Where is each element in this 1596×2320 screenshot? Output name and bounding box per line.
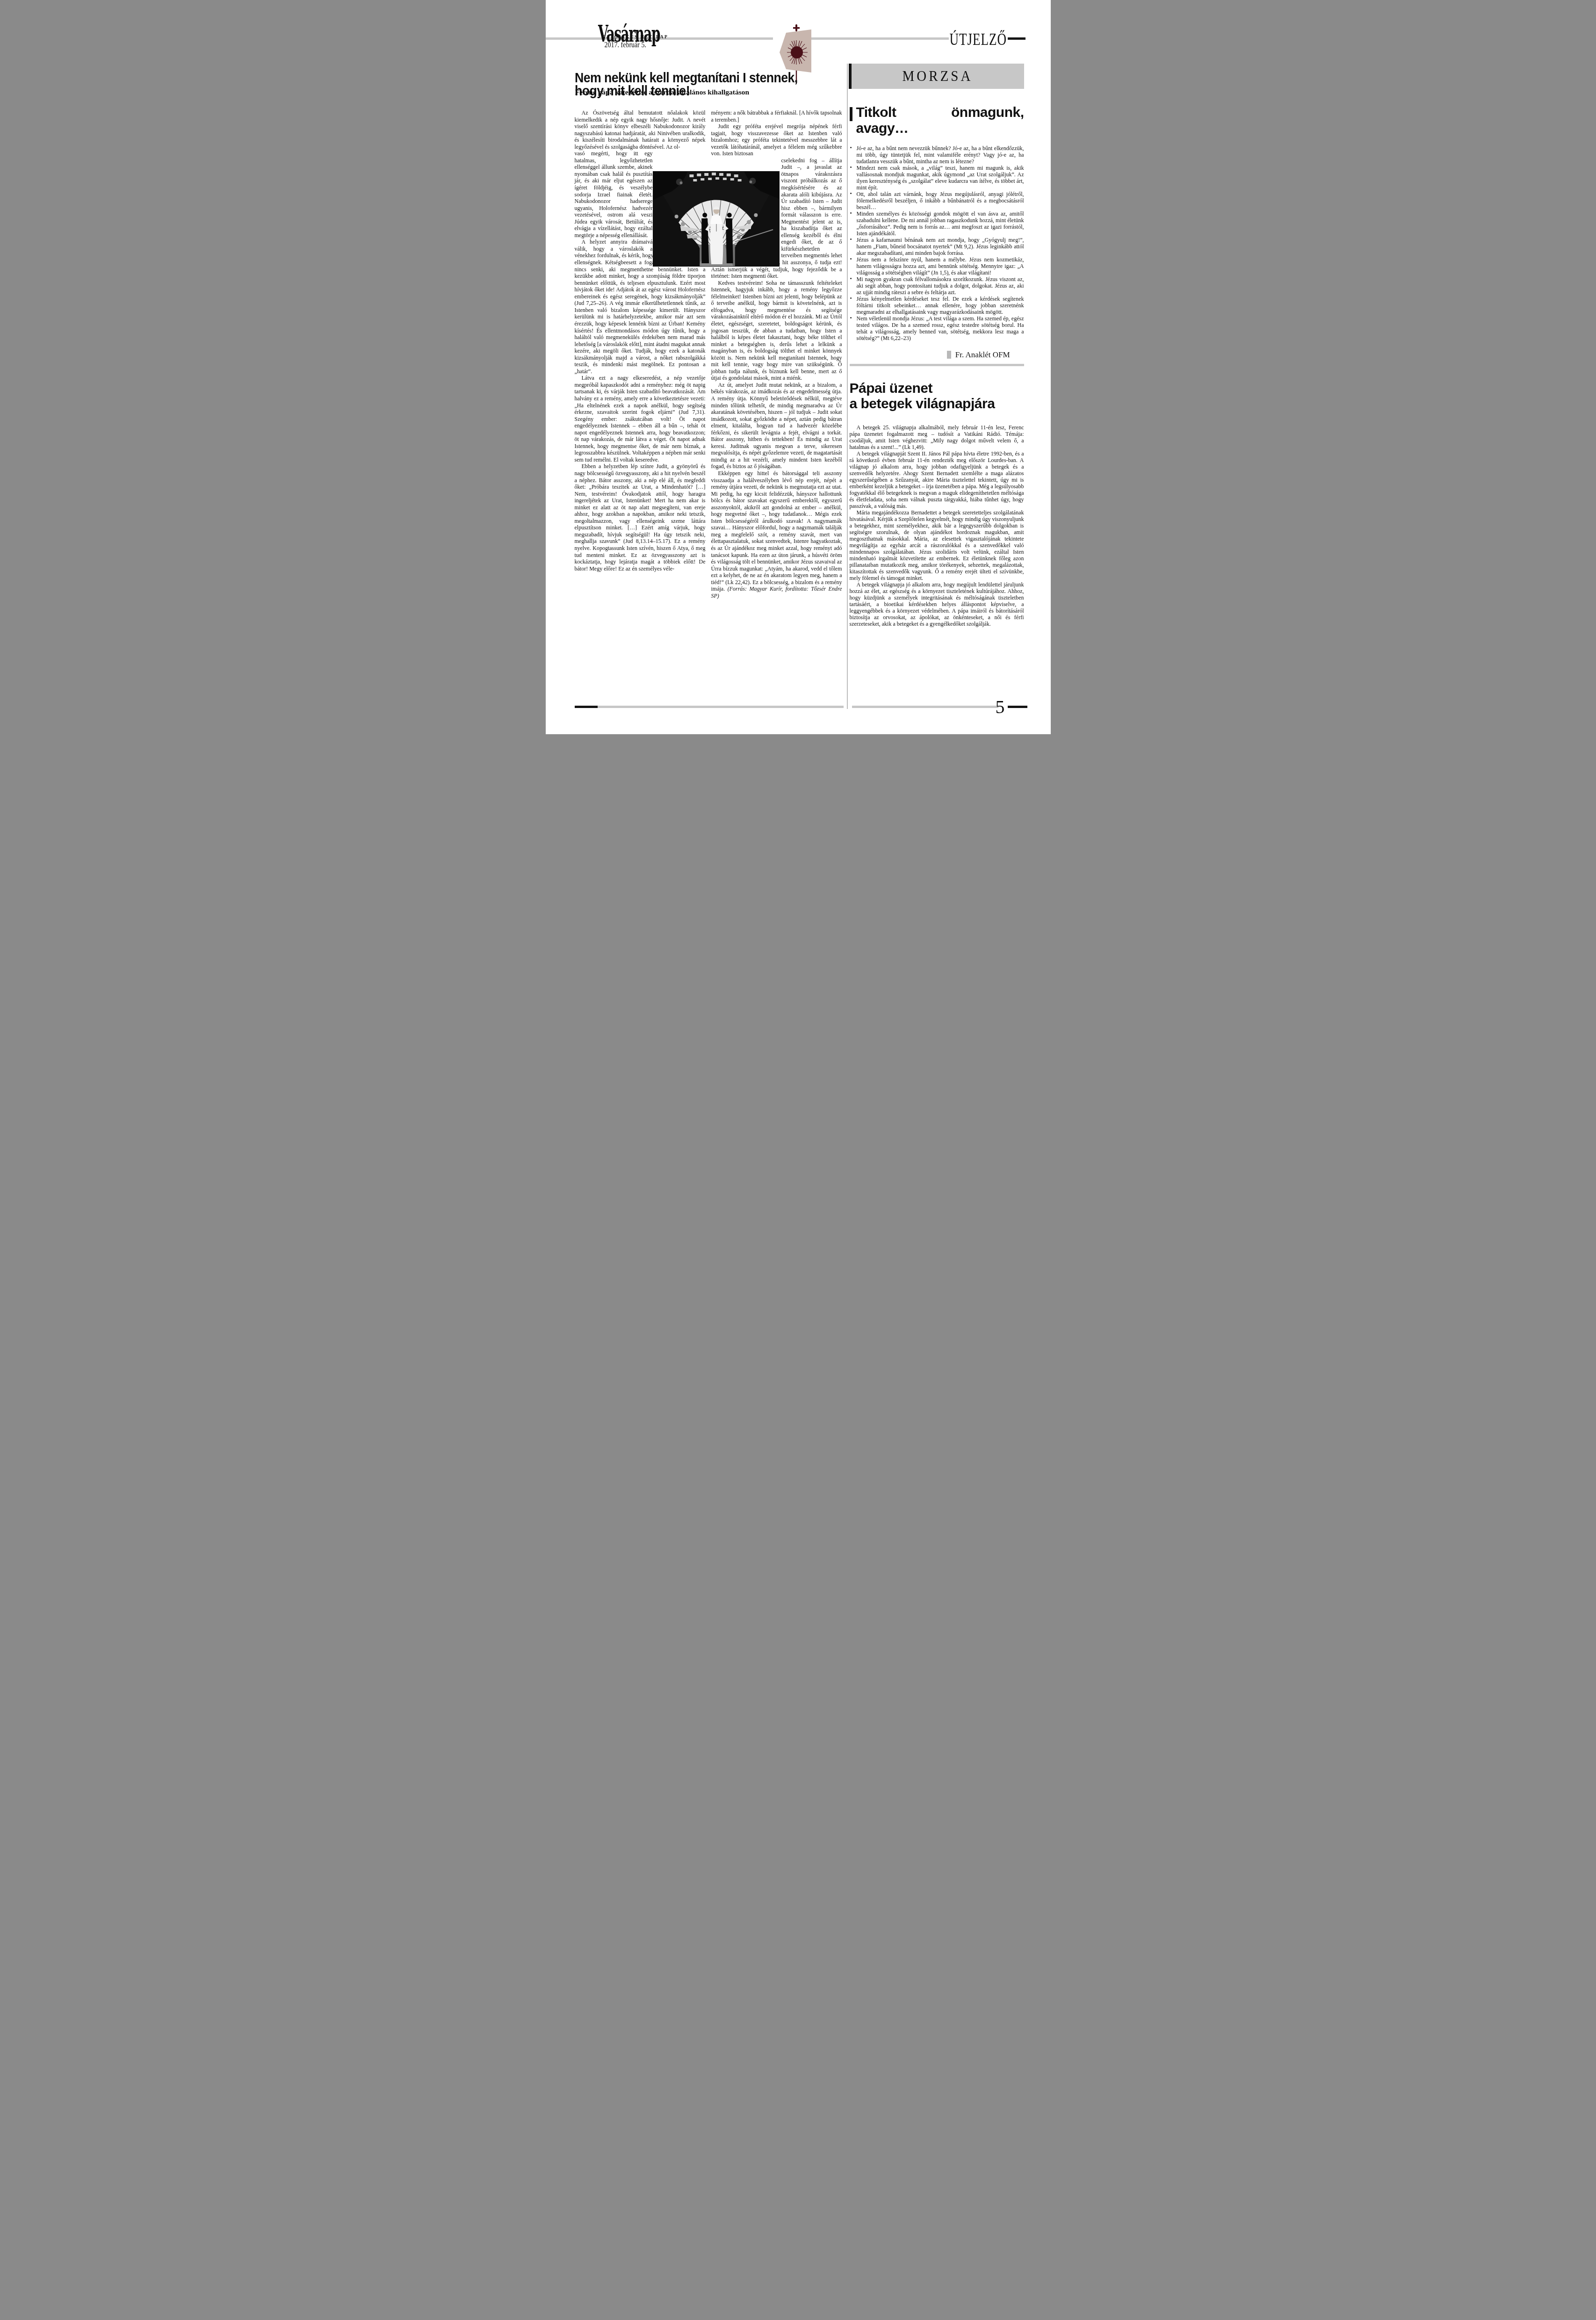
bullet-text: Ott, ahol talán azt várnánk, hogy Jézus …: [857, 191, 1024, 210]
bullet-item: •Jézus kényelmetlen kérdéseket tesz fel.…: [850, 296, 1024, 315]
bullet-text: Mi nagyon gyakran csak félvallomásokra s…: [857, 276, 1024, 296]
footer-rule-right: [852, 706, 998, 708]
bullet-item: •Minden személyes és közösségi gondok mö…: [850, 210, 1024, 237]
main-article-subtitle: Ferenc pápa katekézise a szerdai általán…: [575, 88, 750, 97]
header-rule-black-end: [1008, 37, 1025, 40]
bullet-text: Jézus a kafarnaumi bénának nem azt mondj…: [857, 237, 1024, 256]
bullet-item: •Mi nagyon gyakran csak félvallomásokra …: [850, 276, 1024, 296]
body-paragraph: Az út, amelyet Judit mutat nekünk, az a …: [711, 382, 842, 470]
newspaper-page: Vasárnap KATOLIKUS HETILAP 2017. február…: [546, 0, 1051, 734]
bullet-text: Jézus kényelmetlen kérdéseket tesz fel. …: [857, 296, 1024, 315]
signature-text: Fr. Anaklét OFM: [955, 350, 1010, 359]
source-note: (Forrás: Magyar Kurír, fordította: Tőzsé…: [711, 585, 842, 599]
bullet-icon: •: [850, 256, 852, 262]
bullet-text: Jó-e az, ha a bűnt nem nevezzük bűnnek? …: [857, 145, 1024, 165]
masthead-tagline: KATOLIKUS HETILAP: [602, 35, 669, 40]
bullet-icon: •: [850, 236, 852, 243]
footer-rule-black-left: [575, 706, 598, 708]
morzsa-article-title: Titkolt önmagunk, avagy…: [856, 105, 1024, 137]
body-paragraph: Látva ezt a nagy elkeseredést, a nép vez…: [575, 375, 706, 463]
papal-title-line1: Pápai üzenet: [850, 381, 932, 396]
bullet-item: •Jézus nem a felszínre nyúl, hanem a mél…: [850, 256, 1024, 276]
body-paragraph: Mária megajándékozza Bernadettet a beteg…: [850, 509, 1024, 581]
body-paragraph: Az Ószövetség által bemutatott nőalakok …: [575, 109, 706, 150]
morzsa-bullet-list: •Jó-e az, ha a bűnt nem nevezzük bűnnek?…: [850, 145, 1024, 341]
body-paragraph: ményem: a nők bátrabbak a férfiaknál. [A…: [711, 109, 842, 123]
bullet-icon: •: [850, 164, 852, 171]
body-paragraph: Ebben a helyzetben lép színre Judit, a g…: [575, 463, 706, 572]
body-paragraph-text: Ekképpen egy hittel és bátorsággal teli …: [711, 470, 842, 592]
body-paragraph: A betegek 25. világnapja alkalmából, mel…: [850, 424, 1024, 450]
body-paragraph: Judit egy próféta erejével megrója népén…: [711, 123, 842, 157]
column-divider: [847, 64, 848, 709]
footer-rule-black-right: [1008, 706, 1027, 708]
papal-article-body: A betegek 25. világnapja alkalmából, mel…: [850, 424, 1024, 627]
section-label: ÚTJELZŐ: [950, 31, 1007, 48]
body-paragraph: A betegek világnapja jó alkalom arra, ho…: [850, 581, 1024, 627]
morzsa-title-row: Titkolt önmagunk, avagy…: [850, 105, 1024, 137]
bullet-icon: •: [850, 145, 852, 151]
bullet-text: Jézus nem a felszínre nyúl, hanem a mély…: [857, 256, 1024, 276]
section-divider: [850, 364, 1024, 366]
bullet-icon: •: [850, 315, 852, 321]
sidebar-column: Titkolt önmagunk, avagy… •Jó-e az, ha a …: [850, 105, 1024, 627]
bullet-item: •Mindezt nem csak mások, a „világ” teszi…: [850, 165, 1024, 191]
bullet-icon: •: [850, 295, 852, 302]
header-rule-middle: [811, 37, 949, 40]
bullet-item: •Jézus a kafarnaumi bénának nem azt mond…: [850, 237, 1024, 256]
papal-article-title: Pápai üzenet a betegek világnapjára: [850, 381, 1024, 412]
bullet-icon: •: [850, 190, 852, 197]
body-paragraph: Ekképpen egy hittel és bátorsággal teli …: [711, 470, 842, 599]
signature: Fr. Anaklét OFM: [850, 351, 1024, 359]
signature-accent-bar: [947, 351, 951, 359]
bullet-item: •Nem véletlenül mondja Jézus: „A test vi…: [850, 315, 1024, 341]
bullet-text: Nem véletlenül mondja Jézus: „A test vil…: [857, 315, 1024, 341]
masthead-date: 2017. február 5.: [605, 41, 646, 50]
bullet-icon: •: [850, 275, 852, 282]
morzsa-header: MORZSA: [849, 64, 1024, 89]
title-accent-bar: [850, 107, 852, 121]
bullet-text: Mindezt nem csak mások, a „világ” teszi,…: [857, 165, 1024, 191]
page-number: 5: [996, 698, 1005, 716]
papal-title-line2: a betegek világnapjára: [850, 396, 995, 412]
footer-rule-left: [598, 706, 844, 708]
body-paragraph: Kedves testvéreim! Soha ne támasszunk fe…: [711, 280, 842, 382]
bullet-item: •Ott, ahol talán azt várnánk, hogy Jézus…: [850, 191, 1024, 210]
bullet-icon: •: [850, 210, 852, 217]
bullet-item: •Jó-e az, ha a bűnt nem nevezzük bűnnek?…: [850, 145, 1024, 165]
body-paragraph: A betegek világnapját Szent II. János Pá…: [850, 450, 1024, 509]
bullet-text: Minden személyes és közösségi gondok mög…: [857, 210, 1024, 237]
morzsa-header-text: MORZSA: [903, 62, 973, 90]
audience-photo: [653, 171, 780, 267]
